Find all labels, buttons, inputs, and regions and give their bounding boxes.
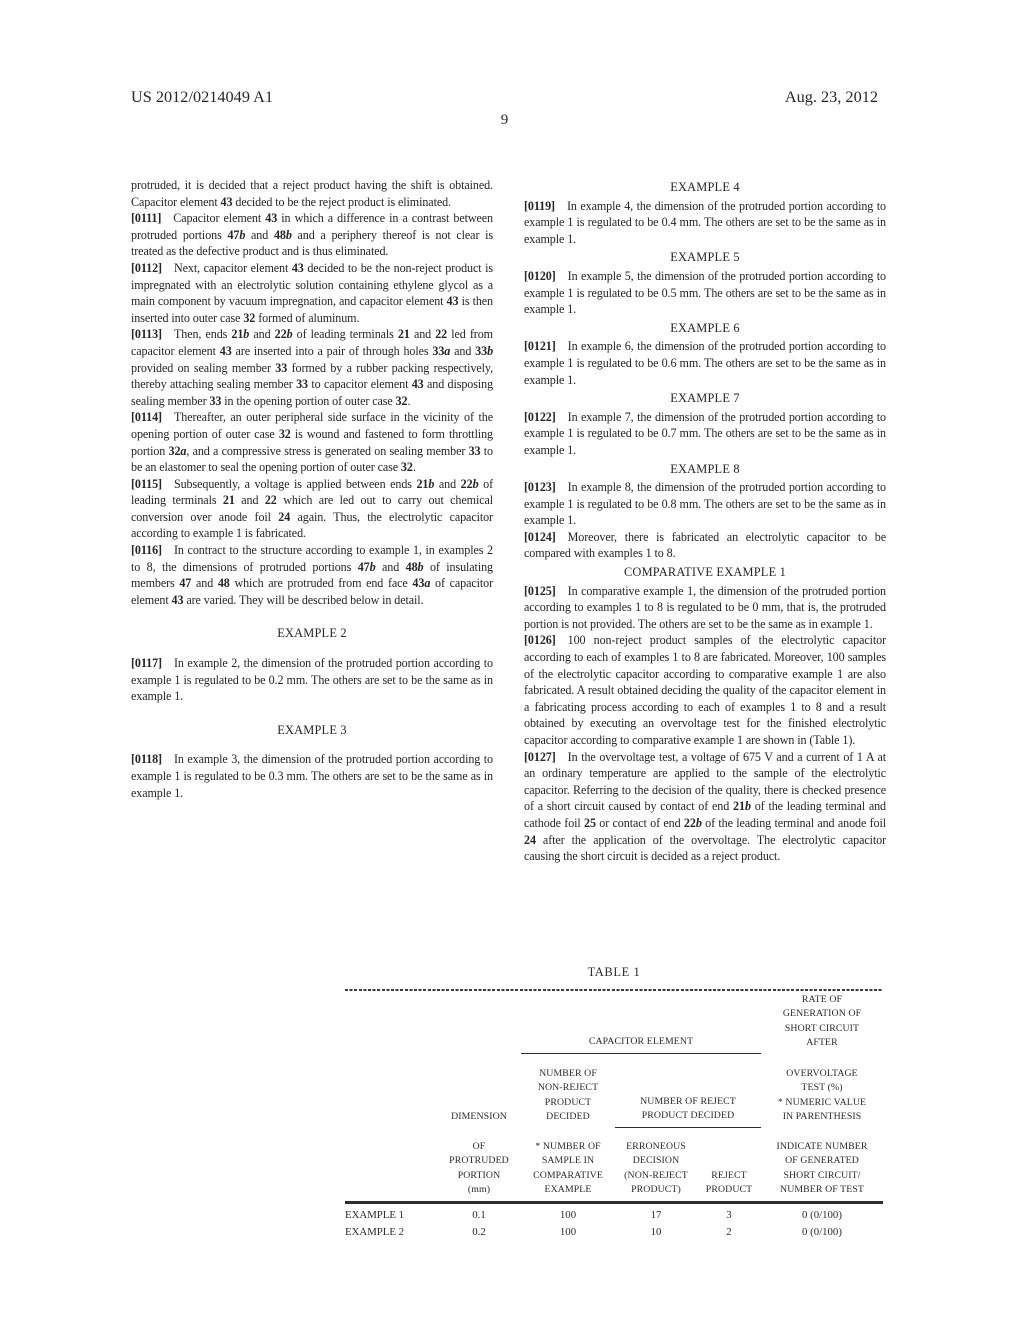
example-3-heading: EXAMPLE 3 — [131, 722, 493, 739]
table-header-band-capacitor-element: CAPACITOR ELEMENT RATE OF GENERATION OF … — [345, 991, 883, 1054]
cell-rate: 0 (0/100) — [761, 1210, 883, 1222]
paragraph-0122: [0122] In example 7, the dimension of th… — [524, 409, 886, 459]
paragraph-0123: [0123] In example 8, the dimension of th… — [524, 479, 886, 529]
right-column: EXAMPLE 4 [0119] In example 4, the dimen… — [524, 177, 886, 963]
patent-page: US 2012/0214049 A1 Aug. 23, 2012 9 protr… — [0, 0, 1024, 1320]
header-erroneous-decision: ERRONEOUS DECISION (NON-REJECT PRODUCT) — [615, 1128, 697, 1201]
paragraph-0114: [0114] Thereafter, an outer peripheral s… — [131, 409, 493, 475]
example-4-heading: EXAMPLE 4 — [524, 179, 886, 196]
table-header-rule — [345, 1201, 883, 1204]
cell-erroneous: 10 — [615, 1227, 697, 1239]
left-column: protruded, it is decided that a reject p… — [131, 177, 493, 963]
paragraph-0126: [0126] 100 non-reject product samples of… — [524, 632, 886, 748]
paragraph-continuation: protruded, it is decided that a reject p… — [131, 177, 493, 210]
paragraph-0115: [0115] Subsequently, a voltage is applie… — [131, 476, 493, 542]
row-label: EXAMPLE 1 — [345, 1210, 437, 1222]
table-header-band-lower: OF PROTRUDED PORTION (mm) * NUMBER OF SA… — [345, 1128, 883, 1201]
page-number: 9 — [131, 111, 878, 130]
header-rate-mid: OVERVOLTAGE TEST (%) * NUMERIC VALUE IN … — [761, 1054, 883, 1128]
cell-rate: 0 (0/100) — [761, 1227, 883, 1239]
row-label: EXAMPLE 2 — [345, 1227, 437, 1239]
table-row-example-1: EXAMPLE 1 0.1 100 17 3 0 (0/100) — [345, 1210, 883, 1222]
cell-reject: 2 — [697, 1227, 761, 1239]
paragraph-0112: [0112] Next, capacitor element 43 decide… — [131, 260, 493, 326]
table-header-band-upper: DIMENSION NUMBER OF NON-REJECT PRODUCT D… — [345, 1054, 883, 1128]
header-reject-decided: NUMBER OF REJECT PRODUCT DECIDED — [615, 1054, 761, 1128]
paragraph-0113: [0113] Then, ends 21b and 22b of leading… — [131, 326, 493, 409]
header-capacitor-element: CAPACITOR ELEMENT — [521, 991, 761, 1054]
paragraph-0120: [0120] In example 5, the dimension of th… — [524, 268, 886, 318]
cell-dimension: 0.2 — [437, 1227, 521, 1239]
paragraph-0119: [0119] In example 4, the dimension of th… — [524, 198, 886, 248]
header-label-blank-2 — [345, 1128, 437, 1201]
header-rate-top: RATE OF GENERATION OF SHORT CIRCUIT AFTE… — [761, 991, 883, 1054]
paragraph-0125: [0125] In comparative example 1, the dim… — [524, 583, 886, 633]
header-label-blank — [345, 1054, 437, 1128]
example-8-heading: EXAMPLE 8 — [524, 461, 886, 478]
header-non-reject: NUMBER OF NON-REJECT PRODUCT DECIDED — [521, 1054, 615, 1128]
paragraph-0116: [0116] In contract to the structure acco… — [131, 542, 493, 608]
table-title: TABLE 1 — [345, 965, 883, 980]
paragraph-0118: [0118] In example 3, the dimension of th… — [131, 751, 493, 801]
table-row-example-2: EXAMPLE 2 0.2 100 10 2 0 (0/100) — [345, 1227, 883, 1239]
paragraph-0121: [0121] In example 6, the dimension of th… — [524, 338, 886, 388]
table-1: TABLE 1 CAPACITOR ELEMENT RATE OF GENERA… — [345, 965, 883, 1239]
cell-non-reject: 100 — [521, 1210, 615, 1222]
example-7-heading: EXAMPLE 7 — [524, 390, 886, 407]
paragraph-0117: [0117] In example 2, the dimension of th… — [131, 655, 493, 705]
publication-date: Aug. 23, 2012 — [785, 87, 878, 107]
header-spacer — [345, 991, 521, 1054]
example-2-heading: EXAMPLE 2 — [131, 625, 493, 642]
cell-erroneous: 17 — [615, 1210, 697, 1222]
header-reject-product: REJECT PRODUCT — [697, 1128, 761, 1201]
paragraph-0111: [0111] Capacitor element 43 in which a d… — [131, 210, 493, 260]
example-6-heading: EXAMPLE 6 — [524, 320, 886, 337]
header-dimension-sub: OF PROTRUDED PORTION (mm) — [437, 1128, 521, 1201]
paragraph-0127: [0127] In the overvoltage test, a voltag… — [524, 749, 886, 865]
header-dimension: DIMENSION — [437, 1054, 521, 1128]
cell-dimension: 0.1 — [437, 1210, 521, 1222]
header-non-reject-sub: * NUMBER OF SAMPLE IN COMPARATIVE EXAMPL… — [521, 1128, 615, 1201]
comparative-example-1-heading: COMPARATIVE EXAMPLE 1 — [524, 564, 886, 581]
cell-non-reject: 100 — [521, 1227, 615, 1239]
example-5-heading: EXAMPLE 5 — [524, 249, 886, 266]
cell-reject: 3 — [697, 1210, 761, 1222]
header-rate-bottom: INDICATE NUMBER OF GENERATED SHORT CIRCU… — [761, 1128, 883, 1201]
paragraph-0124: [0124] Moreover, there is fabricated an … — [524, 529, 886, 562]
body-columns: protruded, it is decided that a reject p… — [131, 177, 886, 963]
patent-number: US 2012/0214049 A1 — [131, 87, 273, 107]
running-head: US 2012/0214049 A1 Aug. 23, 2012 — [131, 87, 878, 107]
